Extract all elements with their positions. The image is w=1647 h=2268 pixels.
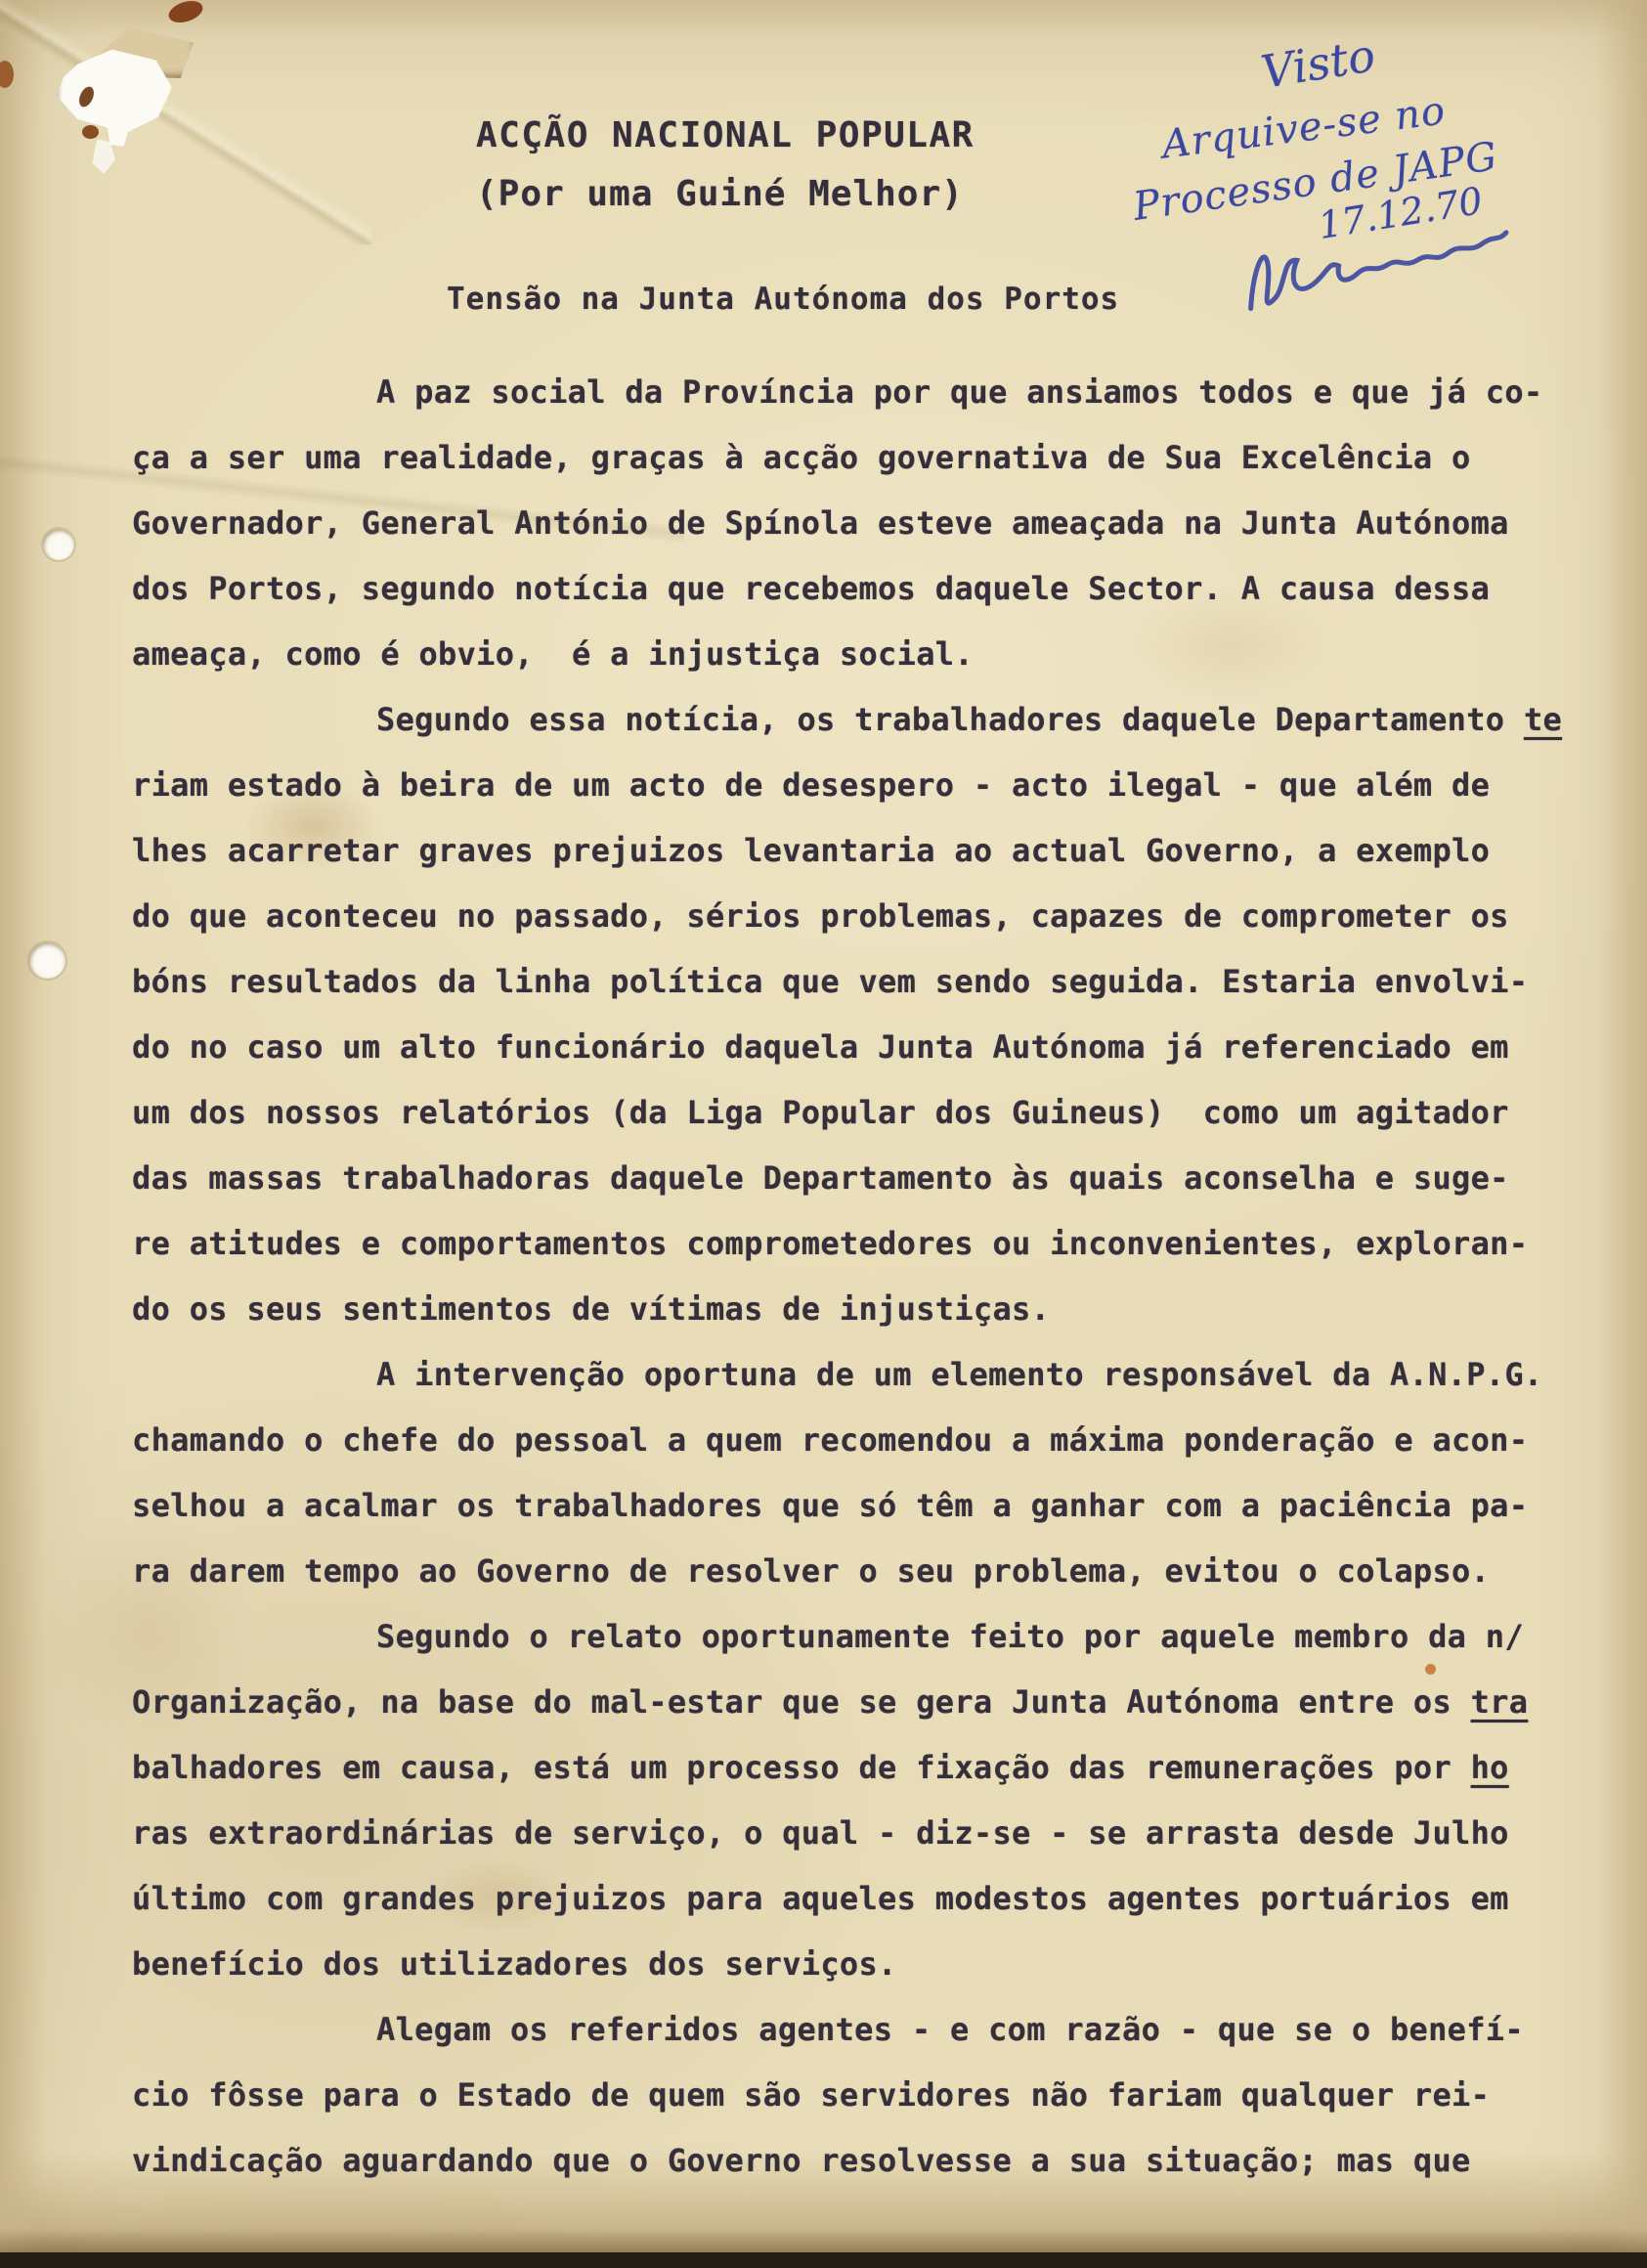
- ink-stain-spot: [82, 125, 99, 139]
- typed-line-text: re atitudes e comportamentos comprometed…: [132, 1225, 1528, 1262]
- handwritten-visto: Visto: [1257, 28, 1378, 99]
- typed-line-text: ras extraordinárias de serviço, o qual -…: [132, 1814, 1509, 1852]
- typed-line-text: do no caso um alto funcionário daquela J…: [132, 1028, 1509, 1066]
- typed-line: dos Portos, segundo notícia que recebemo…: [132, 556, 1544, 622]
- typed-line: do os seus sentimentos de vítimas de inj…: [132, 1277, 1544, 1342]
- typed-line-text: Alegam os referidos agentes - e com razã…: [376, 2011, 1524, 2048]
- document-heading: Tensão na Junta Autónoma dos Portos: [447, 282, 1119, 317]
- typed-line-text: cio fôsse para o Estado de quem são serv…: [132, 2076, 1490, 2114]
- typed-line-text: último com grandes prejuizos para aquele…: [132, 1880, 1509, 1917]
- typed-line: A intervenção oportuna de um elemento re…: [132, 1342, 1544, 1408]
- typed-line-text: chamando o chefe do pessoal a quem recom…: [132, 1421, 1528, 1459]
- typed-line-text: um dos nossos relatórios (da Liga Popula…: [132, 1094, 1509, 1131]
- ink-stain-spot: [0, 61, 14, 88]
- typed-lines: A paz social da Província por que ansiam…: [132, 360, 1544, 2194]
- typed-line-text: A intervenção oportuna de um elemento re…: [376, 1356, 1543, 1393]
- typed-line-text: balhadores em causa, está um processo de…: [132, 1749, 1471, 1786]
- typed-line: ameaça, como é obvio, é a injustiça soci…: [132, 622, 1544, 687]
- scan-bottom-edge: [0, 2252, 1647, 2268]
- typed-line-underlined-suffix: ho: [1471, 1749, 1509, 1786]
- typed-line: selhou a acalmar os trabalhadores que só…: [132, 1473, 1544, 1539]
- typed-line-underlined-suffix: tra: [1471, 1683, 1529, 1721]
- document-subtitle: (Por uma Guiné Melhor): [476, 174, 964, 214]
- typed-line-text: do que aconteceu no passado, sérios prob…: [132, 897, 1509, 935]
- typed-line: Segundo o relato oportunamente feito por…: [132, 1604, 1544, 1670]
- ink-stain-spot: [166, 0, 205, 26]
- typed-line: ras extraordinárias de serviço, o qual -…: [132, 1801, 1544, 1866]
- typed-line: re atitudes e comportamentos comprometed…: [132, 1211, 1544, 1277]
- typed-line-text: do os seus sentimentos de vítimas de inj…: [132, 1290, 1050, 1328]
- paper-crease: [0, 0, 371, 244]
- punch-hole: [43, 529, 74, 560]
- typed-line: um dos nossos relatórios (da Liga Popula…: [132, 1080, 1544, 1146]
- document-title: ACÇÃO NACIONAL POPULAR: [476, 115, 975, 155]
- typed-line-text: benefício dos utilizadores dos serviços.: [132, 1945, 897, 1983]
- punch-hole: [29, 942, 65, 979]
- typed-line-text: ameaça, como é obvio, é a injustiça soci…: [132, 635, 974, 673]
- typed-line: balhadores em causa, está um processo de…: [132, 1735, 1544, 1801]
- typed-line: Governador, General António de Spínola e…: [132, 491, 1544, 556]
- typed-line-text: dos Portos, segundo notícia que recebemo…: [132, 570, 1490, 607]
- scan-bottom-shadow: [0, 2229, 1647, 2254]
- typed-line: ra darem tempo ao Governo de resolver o …: [132, 1539, 1544, 1604]
- scanned-document-page: ACÇÃO NACIONAL POPULAR (Por uma Guiné Me…: [0, 0, 1647, 2268]
- typed-line: do no caso um alto funcionário daquela J…: [132, 1015, 1544, 1080]
- typed-line-text: A paz social da Província por que ansiam…: [376, 373, 1543, 411]
- typed-line-text: ça a ser uma realidade, graças à acção g…: [132, 439, 1471, 476]
- typed-line-text: ra darem tempo ao Governo de resolver o …: [132, 1552, 1490, 1590]
- typed-line: chamando o chefe do pessoal a quem recom…: [132, 1408, 1544, 1473]
- typed-line: bóns resultados da linha política que ve…: [132, 949, 1544, 1015]
- typed-line: cio fôsse para o Estado de quem são serv…: [132, 2063, 1544, 2128]
- typed-line-text: selhou a acalmar os trabalhadores que só…: [132, 1487, 1528, 1524]
- typed-line: ça a ser uma realidade, graças à acção g…: [132, 425, 1544, 491]
- typed-line: Segundo essa notícia, os trabalhadores d…: [132, 687, 1544, 753]
- typed-line-text: das massas trabalhadoras daquele Departa…: [132, 1159, 1509, 1197]
- typed-line: riam estado à beira de um acto de desesp…: [132, 753, 1544, 818]
- typed-line: Organização, na base do mal-estar que se…: [132, 1670, 1544, 1735]
- typed-line: benefício dos utilizadores dos serviços.: [132, 1932, 1544, 1997]
- typed-line-text: Organização, na base do mal-estar que se…: [132, 1683, 1471, 1721]
- typed-line-text: bóns resultados da linha política que ve…: [132, 963, 1528, 1000]
- typed-line-text: Segundo essa notícia, os trabalhadores d…: [376, 701, 1524, 738]
- signature-scribble: [1230, 204, 1522, 331]
- typed-line: último com grandes prejuizos para aquele…: [132, 1866, 1544, 1932]
- typed-line: lhes acarretar graves prejuizos levantar…: [132, 818, 1544, 884]
- typed-line: das massas trabalhadoras daquele Departa…: [132, 1146, 1544, 1211]
- typed-line-text: riam estado à beira de um acto de desesp…: [132, 766, 1490, 804]
- typed-line: vindicação aguardando que o Governo reso…: [132, 2128, 1544, 2194]
- typed-line: do que aconteceu no passado, sérios prob…: [132, 884, 1544, 949]
- typed-line: A paz social da Província por que ansiam…: [132, 360, 1544, 425]
- typed-line-text: lhes acarretar graves prejuizos levantar…: [132, 832, 1490, 869]
- typed-line: Alegam os referidos agentes - e com razã…: [132, 1997, 1544, 2063]
- typed-line-text: Segundo o relato oportunamente feito por…: [376, 1618, 1524, 1655]
- typed-line-underlined-suffix: te: [1524, 701, 1562, 738]
- typed-line-text: Governador, General António de Spínola e…: [132, 504, 1509, 542]
- typed-line-text: vindicação aguardando que o Governo reso…: [132, 2142, 1471, 2179]
